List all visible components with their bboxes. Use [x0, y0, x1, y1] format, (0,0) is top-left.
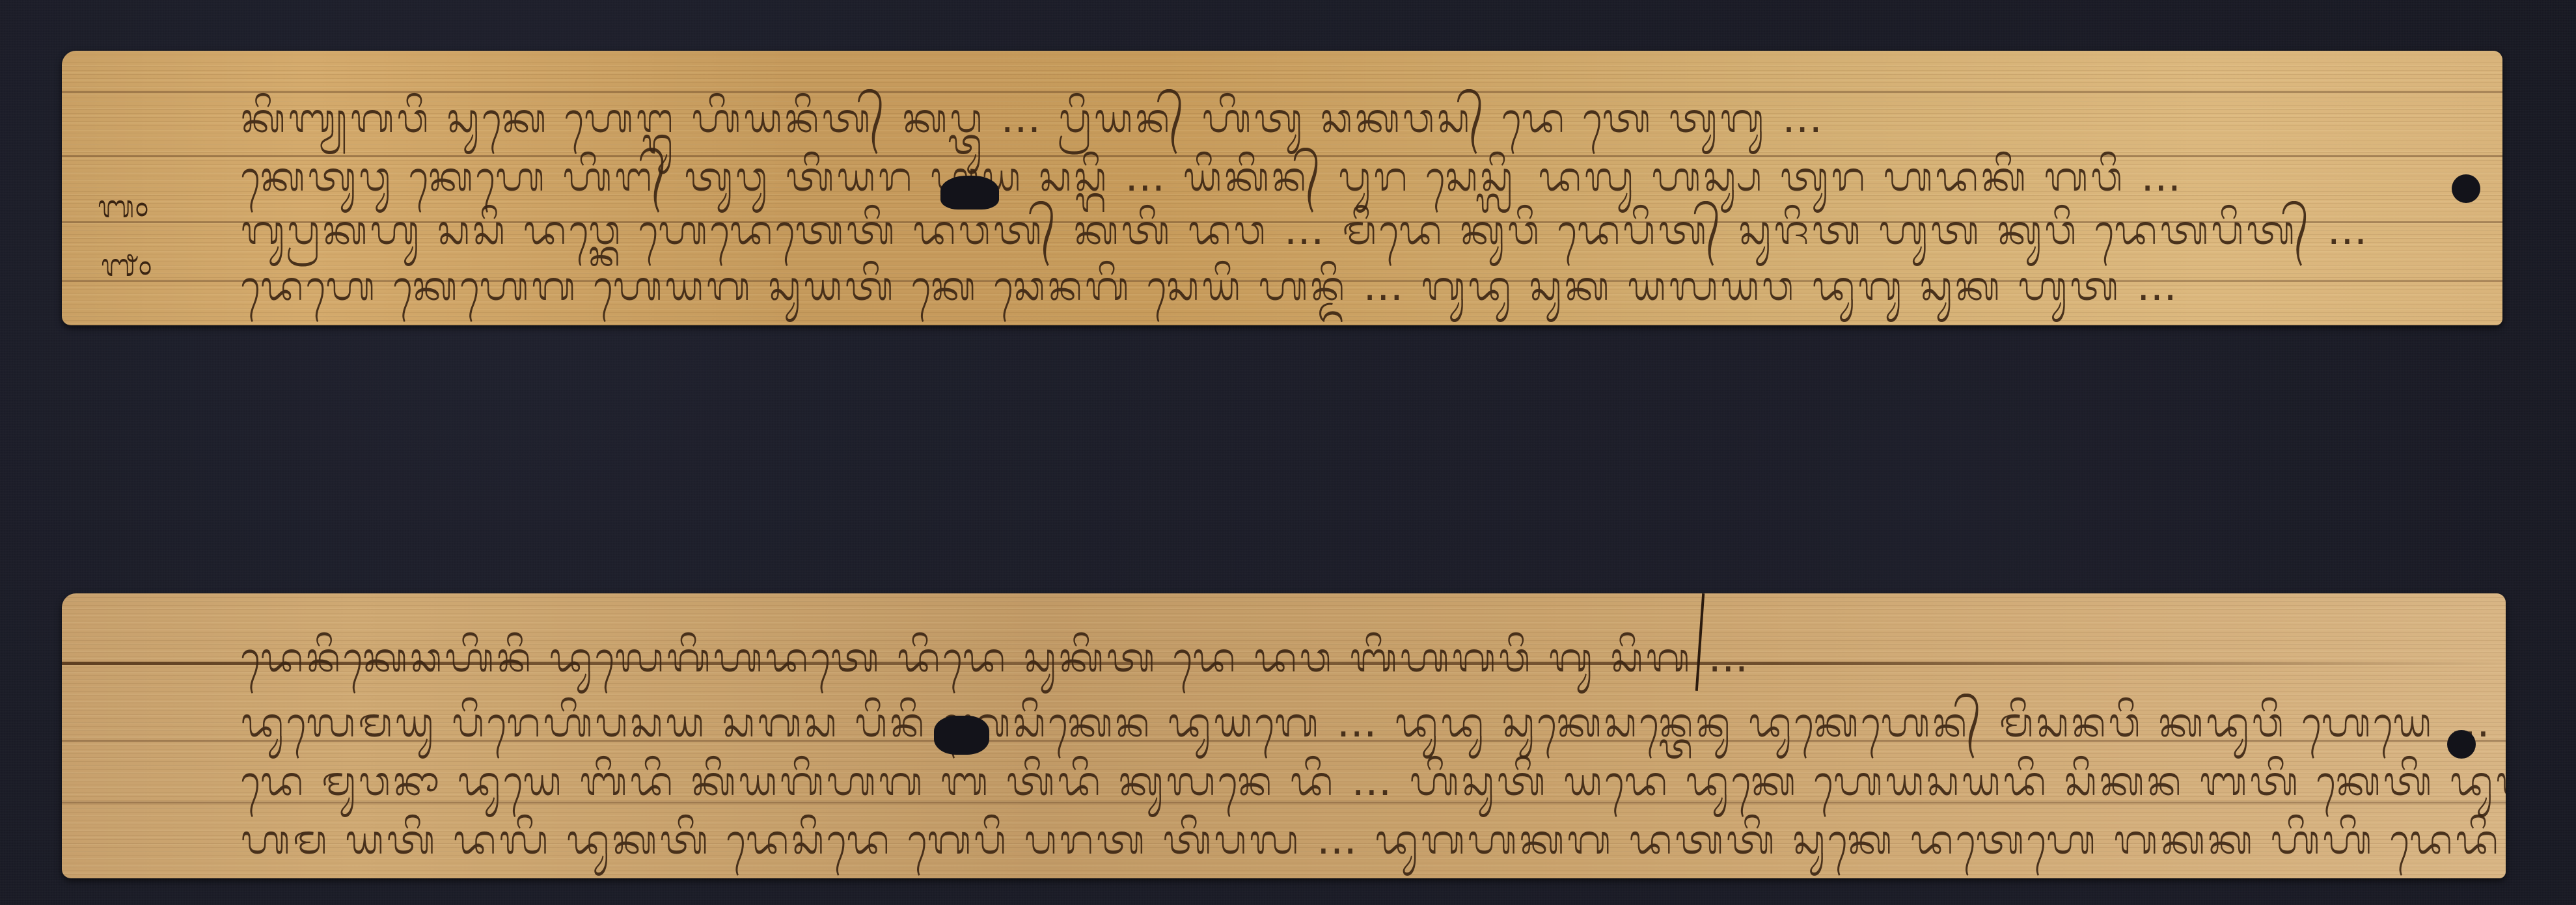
margin-numeral: ᬩ᭐: [98, 184, 149, 240]
binding-hole-center: [940, 176, 999, 209]
palm-leaf-top: ᬩ᭐ ᭑᭐ ᬓᬶᬩ᭄ᬬᬕᬯᬶ ᬲᬸᬓᬾ ᬳᬾᬗ᭄ᬕᬸ ᬳᬶᬬᬦᬶᬢ᭄ ᬓᬧ᭄ᬢᬸ…: [62, 51, 2502, 325]
binding-hole-end: [2452, 174, 2480, 203]
binding-hole-center: [934, 716, 989, 755]
binding-hole-end: [2447, 730, 2476, 759]
palm-leaf-bottom: ᬤᬾᬦᬶᬓᬾᬘᬳᬶᬦᬶ ᬤᬸᬮᬾᬕᬶᬳᬤᬢᬾ ᬤᬶᬤᬾ ᬲᬸᬓᬶᬢ ᬤᬾ ᬤᬯ …: [62, 593, 2506, 878]
margin-numeral: ᭑᭐: [101, 243, 152, 299]
script-line: ᬤᬾᬳᬾ ᬓᬾᬳᬾᬕ ᬳᬾᬬᬕ ᬲᬸᬬᬢᬶ ᬓᬾ ᬘᬾᬦᬕᬶ ᬲᬾᬬᬶ ᬳᬦ᭄ᬤ…: [241, 258, 2180, 325]
script-line: ᬤᬾᬦᬶᬓᬾᬘᬳᬶᬦᬶ ᬤᬸᬮᬾᬕᬶᬳᬤᬢᬾ ᬤᬶᬤᬾ ᬲᬸᬓᬶᬢ ᬤᬾ ᬤᬯ …: [241, 629, 1751, 701]
script-line: ᬳᬫ ᬬᬢᬶ ᬤᬮᬶ ᬤᬸᬓᬢᬶ ᬤᬾᬲᬶᬤᬾ ᬕᬾᬧᬶ ᬧᬭᬢ ᬢᬶᬧᬮ … …: [241, 811, 2506, 878]
